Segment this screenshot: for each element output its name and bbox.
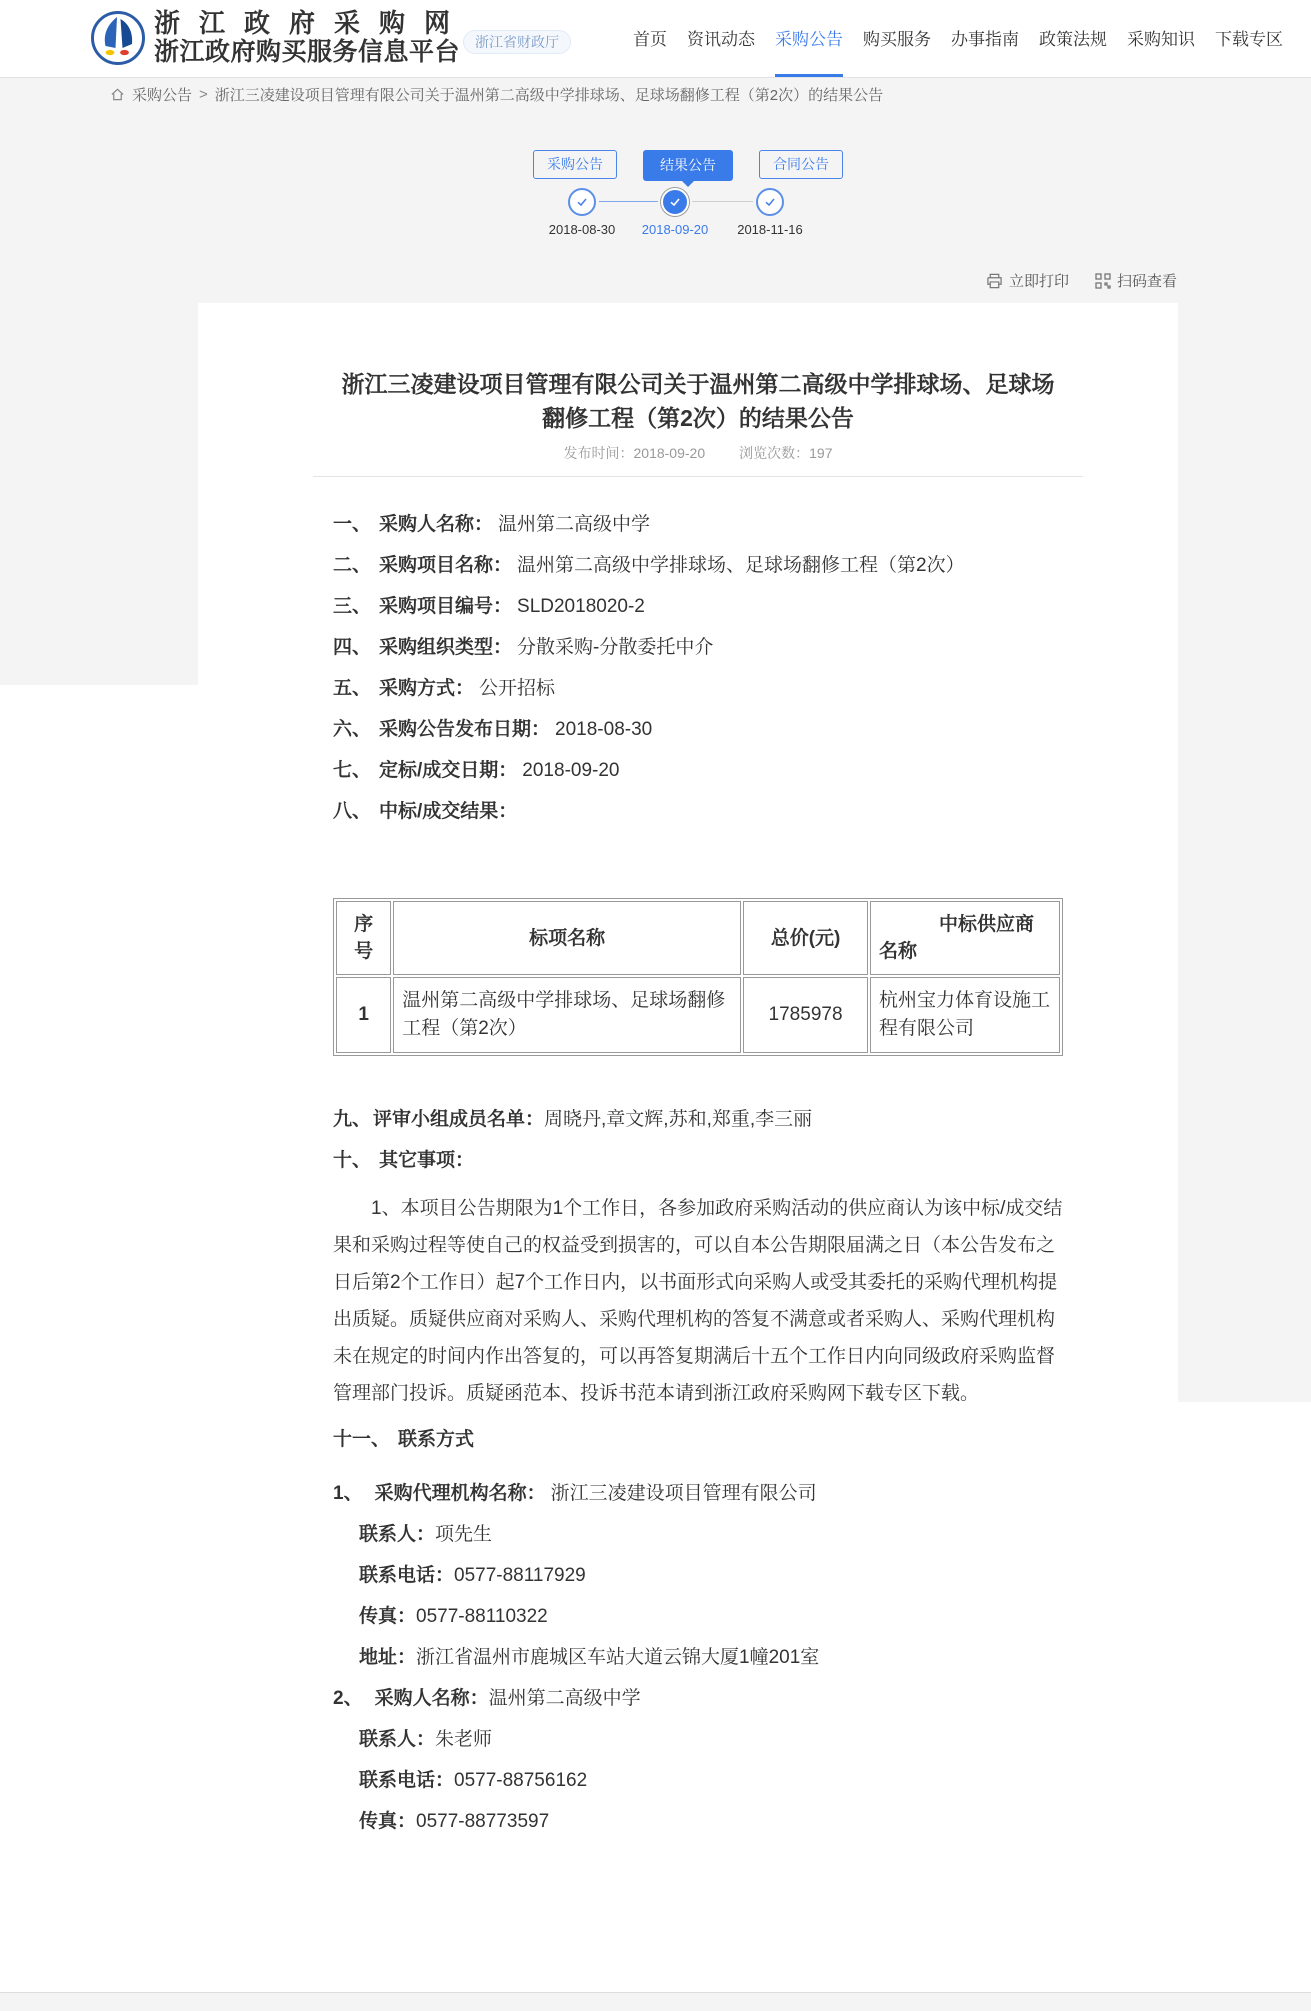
site-header: 浙江政府采购网 浙江政府购买服务信息平台 浙江省财政厅 首页 资讯动态 采购公告… xyxy=(0,0,1311,78)
item-award-result: 八、中标/成交结果： xyxy=(333,800,1063,824)
nav-item-knowledge[interactable]: 采购知识 xyxy=(1127,0,1195,77)
item-review-panel: 九、评审小组成员名单：周晓丹,章文辉,苏和,郑重,李三丽 xyxy=(333,1108,1063,1132)
item-project-number: 三、采购项目编号：SLD2018020-2 xyxy=(333,595,1063,619)
announcement-meta: 发布时间：2018-09-20浏览次数：197 xyxy=(333,443,1063,463)
contact-agency-address: 地址：浙江省温州市鹿城区车站大道云锦大厦1幢201室 xyxy=(333,1646,1063,1670)
nav-item-news[interactable]: 资讯动态 xyxy=(687,0,755,77)
site-subtitle: 浙江政府购买服务信息平台 xyxy=(154,38,469,66)
meta-divider xyxy=(313,476,1083,477)
view-count: 浏览次数：197 xyxy=(739,445,832,461)
nav-item-procurement-notices[interactable]: 采购公告 xyxy=(775,0,843,77)
qr-code-icon xyxy=(1095,273,1111,289)
table-cell-total-price: 1785978 xyxy=(743,977,868,1053)
result-table: 序号 标项名称 总价(元) 中标供应商名称 1 温州第二高级中学排球场、足球场翻… xyxy=(333,898,1063,1056)
table-header-row: 序号 标项名称 总价(元) 中标供应商名称 xyxy=(336,901,1060,975)
timeline-date-result: 2018-09-20 xyxy=(625,222,725,237)
table-header-total-price: 总价(元) xyxy=(743,901,868,975)
announcement-items: 一、采购人名称：温州第二高级中学 二、采购项目名称：温州第二高级中学排球场、足球… xyxy=(333,513,1063,824)
contact-agency-name: 1、采购代理机构名称：浙江三凌建设项目管理有限公司 xyxy=(333,1482,1063,1506)
printer-icon xyxy=(986,273,1003,289)
timeline-date-contract: 2018-11-16 xyxy=(720,222,820,237)
table-header-lot-name: 标项名称 xyxy=(393,901,741,975)
timeline-check-icon-3 xyxy=(756,188,784,216)
timeline-connector-2 xyxy=(692,201,753,202)
table-row: 1 温州第二高级中学排球场、足球场翻修工程（第2次） 1785978 杭州宝力体… xyxy=(336,977,1060,1053)
contact-buyer-phone: 联系电话：0577-88756162 xyxy=(333,1769,1063,1793)
qr-view-button[interactable]: 扫码查看 xyxy=(1095,270,1177,291)
nav-item-service-guide[interactable]: 办事指南 xyxy=(951,0,1019,77)
contact-agency-fax: 传真：0577-88110322 xyxy=(333,1605,1063,1629)
breadcrumb-category[interactable]: 采购公告 xyxy=(132,84,192,105)
breadcrumb: 采购公告 > 浙江三凌建设项目管理有限公司关于温州第二高级中学排球场、足球场翻修… xyxy=(110,84,883,105)
item-project-name: 二、采购项目名称：温州第二高级中学排球场、足球场翻修工程（第2次） xyxy=(333,554,1063,578)
table-header-supplier: 中标供应商名称 xyxy=(870,901,1060,975)
table-cell-index: 1 xyxy=(336,977,391,1053)
main-nav: 首页 资讯动态 采购公告 购买服务 办事指南 政策法规 采购知识 下载专区 xyxy=(633,0,1283,77)
item-procurement-method: 五、采购方式：公开招标 xyxy=(333,677,1063,701)
footer-strip xyxy=(0,1992,1311,2011)
site-logo-icon[interactable] xyxy=(90,10,146,66)
nav-item-home[interactable]: 首页 xyxy=(633,0,667,77)
item-award-date: 七、定标/成交日期：2018-09-20 xyxy=(333,759,1063,783)
contact-agency-phone: 联系电话：0577-88117929 xyxy=(333,1564,1063,1588)
nav-item-purchase-services[interactable]: 购买服务 xyxy=(863,0,931,77)
contact-buyer-person: 联系人：朱老师 xyxy=(333,1728,1063,1752)
contact-buyer-fax: 传真：0577-88773597 xyxy=(333,1810,1063,1834)
home-icon[interactable] xyxy=(110,87,125,102)
timeline-connector-1 xyxy=(599,201,658,202)
contacts: 1、采购代理机构名称：浙江三凌建设项目管理有限公司 联系人：项先生 联系电话：0… xyxy=(333,1482,1063,1834)
item-organization-type: 四、采购组织类型：分散采购-分散委托中介 xyxy=(333,636,1063,660)
item-notice-date: 六、采购公告发布日期：2018-08-30 xyxy=(333,718,1063,742)
breadcrumb-separator: > xyxy=(199,86,208,103)
announcement-title: 浙江三凌建设项目管理有限公司关于温州第二高级中学排球场、足球场翻修工程（第2次）… xyxy=(333,367,1063,435)
tab-result-notice[interactable]: 结果公告 xyxy=(643,150,733,181)
item-buyer-name: 一、采购人名称：温州第二高级中学 xyxy=(333,513,1063,537)
item-contact-info: 十一、联系方式 xyxy=(333,1428,1063,1452)
nav-item-downloads[interactable]: 下载专区 xyxy=(1215,0,1283,77)
publish-time: 发布时间：2018-09-20 xyxy=(564,445,706,461)
timeline-check-icon-1 xyxy=(568,188,596,216)
nav-item-policies[interactable]: 政策法规 xyxy=(1039,0,1107,77)
contact-buyer-name: 2、采购人名称：温州第二高级中学 xyxy=(333,1687,1063,1711)
site-title: 浙江政府采购网 xyxy=(154,8,469,38)
tab-procurement-notice[interactable]: 采购公告 xyxy=(533,150,617,179)
timeline: 2018-08-30 2018-09-20 2018-11-16 xyxy=(540,188,840,248)
table-cell-lot-name: 温州第二高级中学排球场、足球场翻修工程（第2次） xyxy=(393,977,741,1053)
table-cell-supplier: 杭州宝力体育设施工程有限公司 xyxy=(870,977,1060,1053)
tab-contract-notice[interactable]: 合同公告 xyxy=(759,150,843,179)
item-other-matters: 十、其它事项： xyxy=(333,1149,1063,1173)
page-actions: 立即打印 扫码查看 xyxy=(986,270,1177,291)
qr-view-button-label: 扫码查看 xyxy=(1117,270,1177,291)
breadcrumb-current: 浙江三凌建设项目管理有限公司关于温州第二高级中学排球场、足球场翻修工程（第2次）… xyxy=(215,84,883,105)
table-header-index: 序号 xyxy=(336,901,391,975)
after-table-sections: 九、评审小组成员名单：周晓丹,章文辉,苏和,郑重,李三丽 十、其它事项： 1、本… xyxy=(333,1108,1063,1452)
print-button[interactable]: 立即打印 xyxy=(986,270,1069,291)
contact-agency-person: 联系人：项先生 xyxy=(333,1523,1063,1547)
timeline-check-icon-2 xyxy=(661,188,689,216)
page: 浙江政府采购网 浙江政府购买服务信息平台 浙江省财政厅 首页 资讯动态 采购公告… xyxy=(0,0,1311,2011)
notice-paragraph: 1、本项目公告期限为1个工作日，各参加政府采购活动的供应商认为该中标/成交结果和… xyxy=(333,1190,1063,1412)
finance-dept-badge: 浙江省财政厅 xyxy=(463,30,571,54)
site-title-block: 浙江政府采购网 浙江政府购买服务信息平台 xyxy=(154,8,469,66)
notice-type-tabs: 采购公告 结果公告 合同公告 xyxy=(198,150,1178,181)
background-gray-right xyxy=(1178,77,1311,1402)
announcement-card: 浙江三凌建设项目管理有限公司关于温州第二高级中学排球场、足球场翻修工程（第2次）… xyxy=(198,303,1178,1991)
timeline-date-publish: 2018-08-30 xyxy=(532,222,632,237)
print-button-label: 立即打印 xyxy=(1009,270,1069,291)
